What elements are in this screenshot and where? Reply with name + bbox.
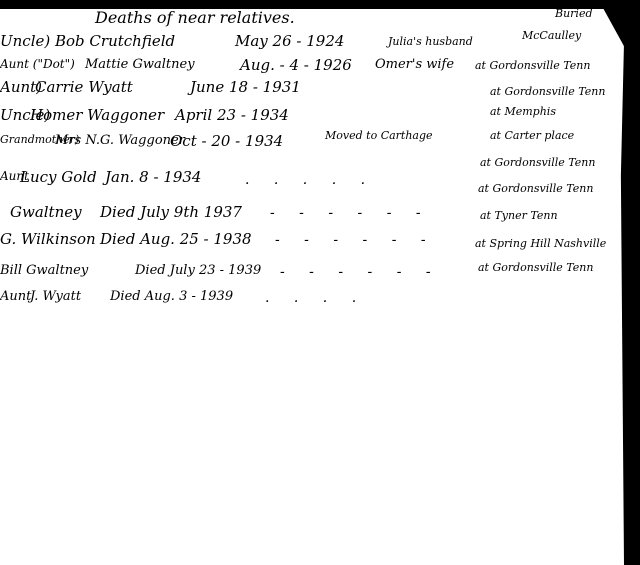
entry-name: Bill Gwaltney [0,264,88,277]
entry-date: Died July 23 - 1939 [135,264,261,277]
entry-relation: Aunt ("Dot") [0,58,75,70]
entry-place: at Gordonsville Tenn [490,86,605,97]
dash-leader: - - - - - - [280,264,441,280]
entry-note: Moved to Carthage [325,130,433,141]
entry-relation: Uncle) [0,34,50,49]
entry-name: Carrie Wyatt [35,80,133,95]
dash-leader: . . . . [265,290,366,306]
document-title: Deaths of near relatives. [95,10,295,26]
entry-date: Died July 9th 1937 [100,205,242,220]
entry-place: at Tyner Tenn [480,210,558,221]
entry-place: at Gordonsville Tenn [478,262,593,273]
entry-name: J. Wyatt [30,290,81,303]
entry-date: Aug. - 4 - 1926 [240,58,352,73]
dash-leader: - - - - - - [270,205,431,221]
entry-place: at Spring Hill Nashville [475,238,606,249]
entry-date: June 18 - 1931 [190,80,301,95]
dash-leader: - - - - - - [275,232,436,248]
entry-name: Mattie Gwaltney [85,58,195,71]
entry-note: Omer's wife [375,58,454,71]
entry-date: Died Aug. 3 - 1939 [110,290,233,303]
entry-place: at Gordonsville Tenn [480,157,595,168]
entry-date: Died Aug. 25 - 1938 [100,232,252,247]
entry-name: G. Wilkinson [0,232,96,247]
entry-date: Oct - 20 - 1934 [170,134,283,149]
entry-relation: Aunt [0,290,31,303]
entry-place: McCaulley [522,30,581,41]
entry-date: May 26 - 1924 [235,34,344,49]
entry-name: Gwaltney [10,205,82,220]
entry-name: Lucy Gold [20,170,97,185]
dash-leader: . . . . . [245,172,375,188]
entry-name: Mrs N.G. Waggoner [55,134,185,147]
entry-date: Jan. 8 - 1934 [105,170,201,185]
entry-name: Bob Crutchfield [55,34,175,49]
entry-place: at Memphis [490,106,556,117]
entry-place: at Gordonsville Tenn [475,60,590,71]
entry-place: at Carter place [490,130,574,141]
entry-name: Homer Waggoner [30,108,164,123]
entry-note: Julia's husband [388,36,473,47]
entry-place: at Gordonsville Tenn [478,183,593,194]
margin-note-buried: Buried [555,8,593,19]
entry-date: April 23 - 1934 [175,108,289,123]
